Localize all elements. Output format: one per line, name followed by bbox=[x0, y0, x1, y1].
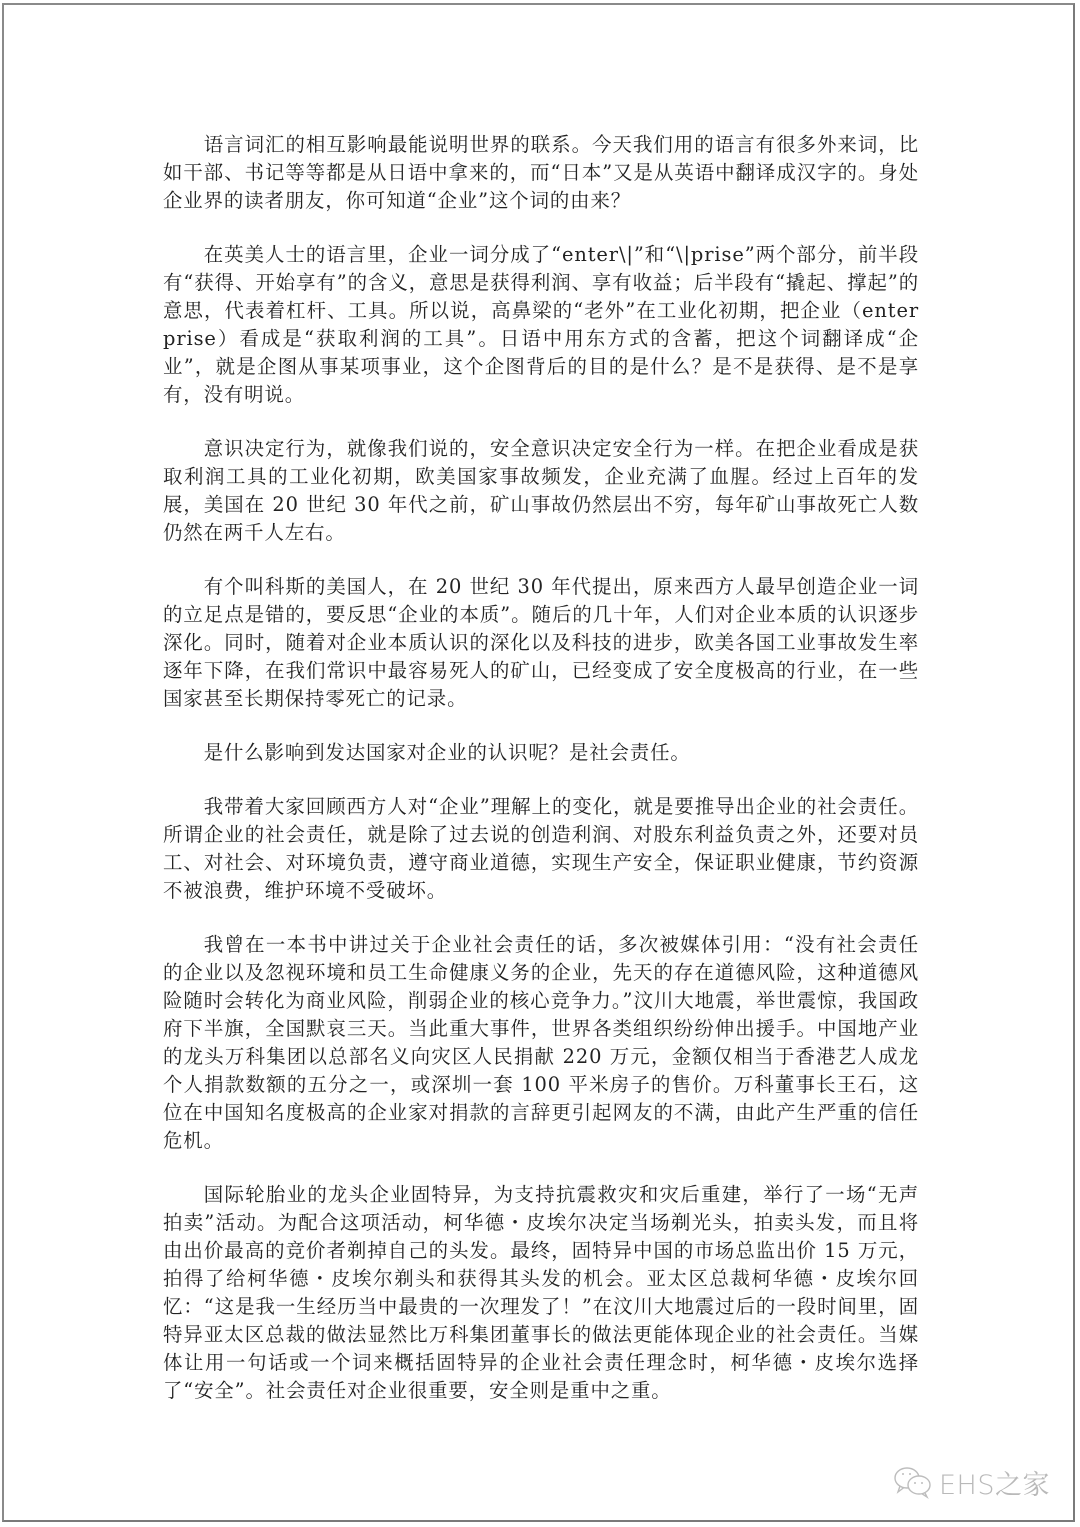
paragraph-coase-nature-of-firm: 有个叫科斯的美国人，在 20 世纪 30 年代提出，原来西方人最早创造企业一词的… bbox=[163, 573, 919, 713]
wechat-icon bbox=[893, 1465, 933, 1499]
article-body: 语言词汇的相互影响最能说明世界的联系。今天我们用的语言有很多外来词，比如干部、书… bbox=[163, 131, 919, 1431]
paragraph-awareness-behavior: 意识决定行为，就像我们说的，安全意识决定安全行为一样。在把企业看成是获取利润工具… bbox=[163, 435, 919, 547]
paragraph-csr-definition: 我带着大家回顾西方人对“企业”理解上的变化，就是要推导出企业的社会责任。所谓企业… bbox=[163, 793, 919, 905]
paragraph-social-responsibility-question: 是什么影响到发达国家对企业的认识呢？是社会责任。 bbox=[163, 739, 919, 767]
paragraph-enterprise-etymology: 在英美人士的语言里，企业一词分成了“enter\|”和“\|prise”两个部分… bbox=[163, 241, 919, 409]
paragraph-word-origin: 语言词汇的相互影响最能说明世界的联系。今天我们用的语言有很多外来词，比如干部、书… bbox=[163, 131, 919, 215]
paragraph-vanke-example: 我曾在一本书中讲过关于企业社会责任的话，多次被媒体引用：“没有社会责任的企业以及… bbox=[163, 931, 919, 1155]
watermark: EHS之家 bbox=[893, 1462, 1050, 1502]
paragraph-goodyear-example: 国际轮胎业的龙头企业固特异，为支持抗震救灾和灾后重建，举行了一场“无声拍卖”活动… bbox=[163, 1181, 919, 1405]
watermark-text: EHS之家 bbox=[939, 1463, 1050, 1502]
